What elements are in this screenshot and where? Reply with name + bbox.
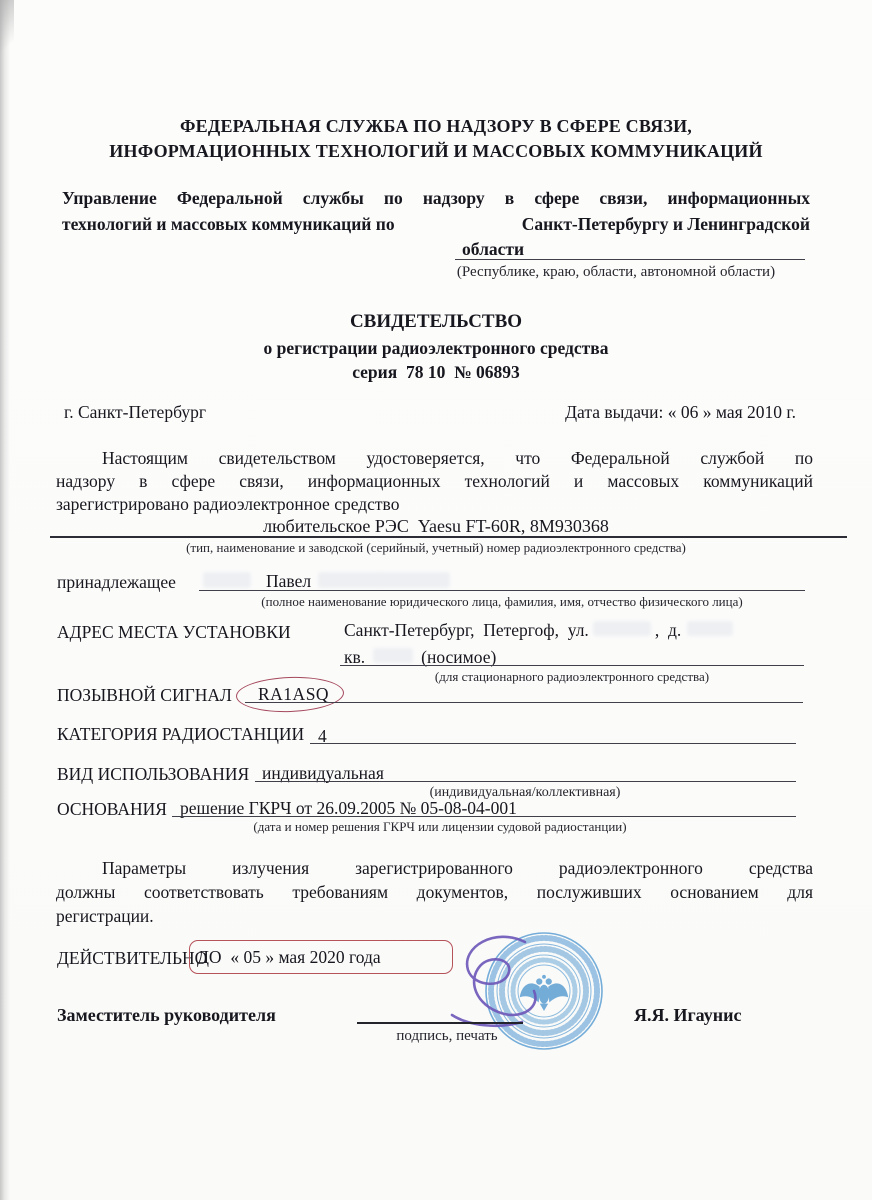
department-line2-label: технологий и массовых коммуникаций по [62, 213, 395, 235]
stamp-eagle-emblem [520, 975, 568, 1011]
category-label: КАТЕГОРИЯ РАДИОСТАНЦИИ [57, 723, 304, 745]
basis-label: ОСНОВАНИЯ [57, 798, 167, 820]
basis-caption: (дата и номер решения ГКРЧ или лицензии … [230, 819, 650, 835]
device-value: любительское РЭС Yaesu FT-60R, 8M930368 [0, 515, 872, 537]
body-line1: Настоящим свидетельством удостоверяется,… [56, 447, 813, 469]
validity-value: ДО « 05 » мая 2020 года [197, 946, 381, 968]
closing-line2: должны соответствовать требованиям докум… [56, 881, 813, 903]
region-value-line1: Санкт-Петербургу и Ленинградской [522, 213, 810, 235]
signer-title: Заместитель руководителя [57, 1004, 276, 1026]
owner-underline [199, 590, 805, 591]
address-house-redaction [687, 621, 733, 636]
authority-name-line2: ИНФОРМАЦИОННЫХ ТЕХНОЛОГИЙ И МАССОВЫХ КОМ… [0, 140, 872, 162]
certificate-series-number: серия 78 10 № 06893 [0, 361, 872, 383]
address-apt-redaction [373, 648, 413, 663]
address-line1-text: Санкт-Петербург, Петергоф, ул. [344, 619, 589, 641]
owner-redaction-right [318, 572, 450, 588]
usage-underline [255, 781, 796, 782]
category-underline [310, 743, 796, 744]
issue-date: Дата выдачи: « 06 » мая 2010 г. [565, 401, 796, 423]
callsign-highlight-oval [235, 675, 344, 714]
issue-city: г. Санкт-Петербург [64, 401, 206, 423]
usage-label: ВИД ИСПОЛЬЗОВАНИЯ [57, 763, 249, 785]
callsign-label: ПОЗЫВНОЙ СИГНАЛ [57, 684, 232, 706]
region-value-line2: области [462, 238, 524, 260]
basis-underline [172, 816, 796, 817]
certificate-subtitle: о регистрации радиоэлектронного средства [0, 337, 872, 359]
validity-highlight-box: ДО « 05 » мая 2020 года [189, 940, 453, 974]
closing-line3: регистрации. [56, 905, 154, 927]
address-caption: (для стационарного радиоэлектронного сре… [340, 669, 804, 685]
callsign-underline [245, 702, 803, 703]
region-underline [455, 259, 805, 260]
device-underline [50, 536, 847, 538]
owner-caption: (полное наименование юридического лица, … [199, 594, 805, 610]
signature-line [357, 1022, 523, 1024]
scan-corner-shadow [0, 0, 14, 60]
owner-label: принадлежащее [57, 571, 176, 593]
authority-name-line1: ФЕДЕРАЛЬНАЯ СЛУЖБА ПО НАДЗОРУ В СФЕРЕ СВ… [0, 115, 872, 137]
closing-line1: Параметры излучения зарегистрированного … [56, 857, 813, 879]
department-caption: (Республике, краю, области, автономной о… [420, 263, 812, 281]
signature-caption: подпись, печать [372, 1027, 522, 1045]
owner-redaction-left [203, 572, 251, 588]
official-round-stamp [425, 925, 665, 1075]
address-line1-house-label: , д. [655, 619, 681, 641]
address-underline [340, 665, 804, 666]
owner-value: Павел [266, 570, 311, 592]
address-label: АДРЕС МЕСТА УСТАНОВКИ [57, 621, 291, 643]
body-line3: зарегистрировано радиоэлектронное средст… [56, 493, 813, 515]
certificate-title: СВИДЕТЕЛЬСТВО [0, 311, 872, 333]
body-line2: надзору в сфере связи, информационных те… [56, 470, 813, 492]
department-line1: Управление Федеральной службы по надзору… [62, 187, 810, 209]
scanned-certificate-page: ФЕДЕРАЛЬНАЯ СЛУЖБА ПО НАДЗОРУ В СФЕРЕ СВ… [0, 0, 872, 1200]
validity-label: ДЕЙСТВИТЕЛЬНО [57, 947, 207, 969]
address-street-redaction [593, 621, 651, 636]
device-caption: (тип, наименование и заводской (серийный… [0, 540, 872, 556]
signer-name: Я.Я. Игаунис [634, 1004, 742, 1026]
scan-left-edge-shadow [0, 0, 10, 1200]
